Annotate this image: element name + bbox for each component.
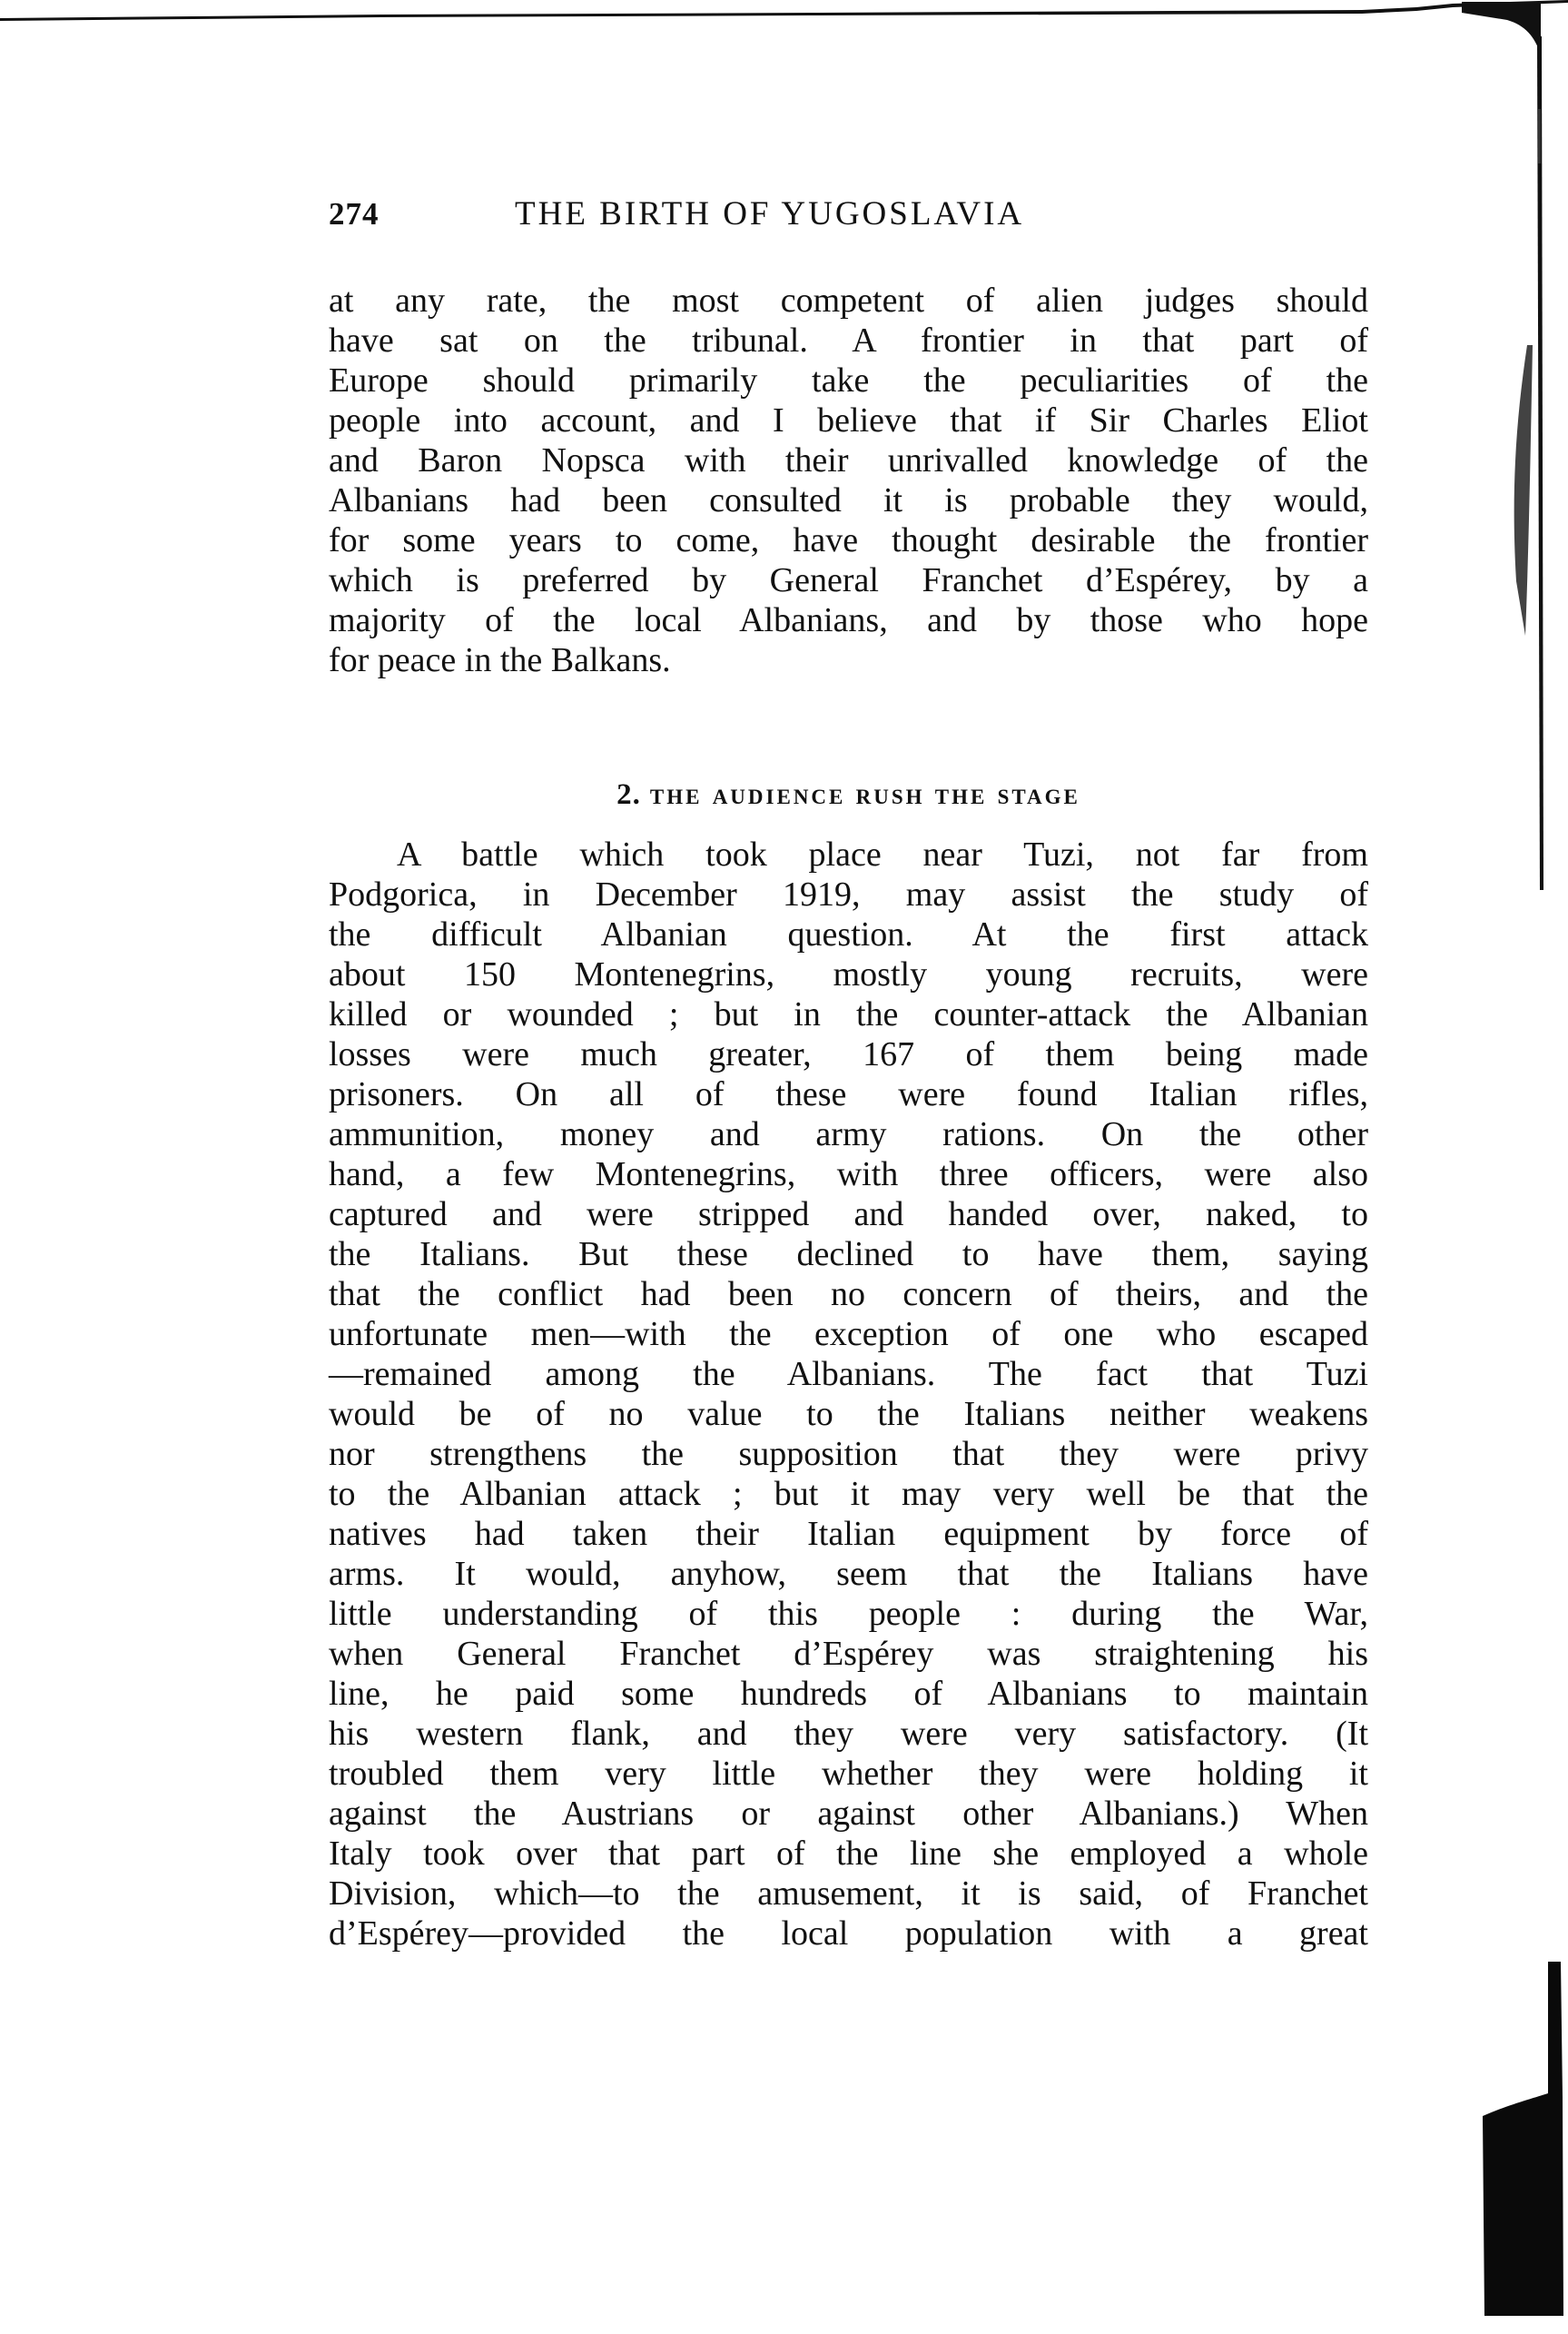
text-line: captured and were stripped and handed ov…	[329, 1194, 1368, 1234]
text-line: natives had taken their Italian equipmen…	[329, 1514, 1368, 1554]
text-line: losses were much greater, 167 of them be…	[329, 1034, 1368, 1074]
text-line: Podgorica, in December 1919, may assist …	[329, 875, 1368, 915]
text-line: killed or wounded ; but in the counter-a…	[329, 994, 1368, 1034]
text-line: Europe should primarily take the peculia…	[329, 361, 1368, 401]
text-line: have sat on the tribunal. A frontier in …	[329, 321, 1368, 361]
text-line: the Italians. But these declined to have…	[329, 1234, 1368, 1274]
text-line: majority of the local Albanians, and by …	[329, 600, 1368, 640]
text-line: that the conflict had been no concern of…	[329, 1274, 1368, 1314]
text-line: Division, which—to the amusement, it is …	[329, 1874, 1368, 1914]
text-line: against the Austrians or against other A…	[329, 1794, 1368, 1834]
text-line: Italy took over that part of the line sh…	[329, 1834, 1368, 1874]
text-line: d’Espérey—provided the local population …	[329, 1914, 1368, 1953]
section-title: THE AUDIENCE RUSH THE STAGE	[650, 778, 1080, 811]
text-line: little understanding of this people : du…	[329, 1594, 1368, 1634]
text-line: his western flank, and they were very sa…	[329, 1714, 1368, 1754]
text-line: —remained among the Albanians. The fact …	[329, 1354, 1368, 1394]
text-line: when General Franchet d’Espérey was stra…	[329, 1634, 1368, 1674]
running-title: THE BIRTH OF YUGOSLAVIA	[515, 194, 1024, 234]
text-line: ammunition, money and army rations. On t…	[329, 1114, 1368, 1154]
page-number: 274	[329, 194, 380, 234]
text-line: arms. It would, anyhow, seem that the It…	[329, 1554, 1368, 1594]
text-line: would be of no value to the Italians nei…	[329, 1394, 1368, 1434]
text-line: for peace in the Balkans.	[329, 640, 1368, 680]
section-heading: 2. THE AUDIENCE RUSH THE STAGE	[329, 776, 1368, 815]
text-line: Albanians had been consulted it is proba…	[329, 480, 1368, 520]
text-line: the difficult Albanian question. At the …	[329, 915, 1368, 954]
running-head: 274 THE BIRTH OF YUGOSLAVIA	[329, 194, 1368, 234]
section-number: 2.	[616, 778, 641, 811]
text-line: to the Albanian attack ; but it may very…	[329, 1474, 1368, 1514]
text-line: which is preferred by General Franchet d…	[329, 560, 1368, 600]
text-line: prisoners. On all of these were found It…	[329, 1074, 1368, 1114]
text-line: unfortunate men—with the exception of on…	[329, 1314, 1368, 1354]
text-line: hand, a few Montenegrins, with three off…	[329, 1154, 1368, 1194]
scan-top-edge	[0, 0, 1568, 27]
text-line: people into account, and I believe that …	[329, 401, 1368, 440]
text-line: for some years to come, have thought des…	[329, 520, 1368, 560]
text-line: nor strengthens the supposition that the…	[329, 1434, 1368, 1474]
text-line: A battle which took place near Tuzi, not…	[329, 835, 1368, 875]
text-line: line, he paid some hundreds of Albanians…	[329, 1674, 1368, 1714]
text-line: at any rate, the most competent of alien…	[329, 281, 1368, 321]
text-line: troubled them very little whether they w…	[329, 1754, 1368, 1794]
paragraph-1: at any rate, the most competent of alien…	[329, 281, 1368, 680]
text-line: and Baron Nopsca with their unrivalled k…	[329, 440, 1368, 480]
paragraph-2: A battle which took place near Tuzi, not…	[329, 835, 1368, 1953]
text-line: about 150 Montenegrins, mostly young rec…	[329, 954, 1368, 994]
